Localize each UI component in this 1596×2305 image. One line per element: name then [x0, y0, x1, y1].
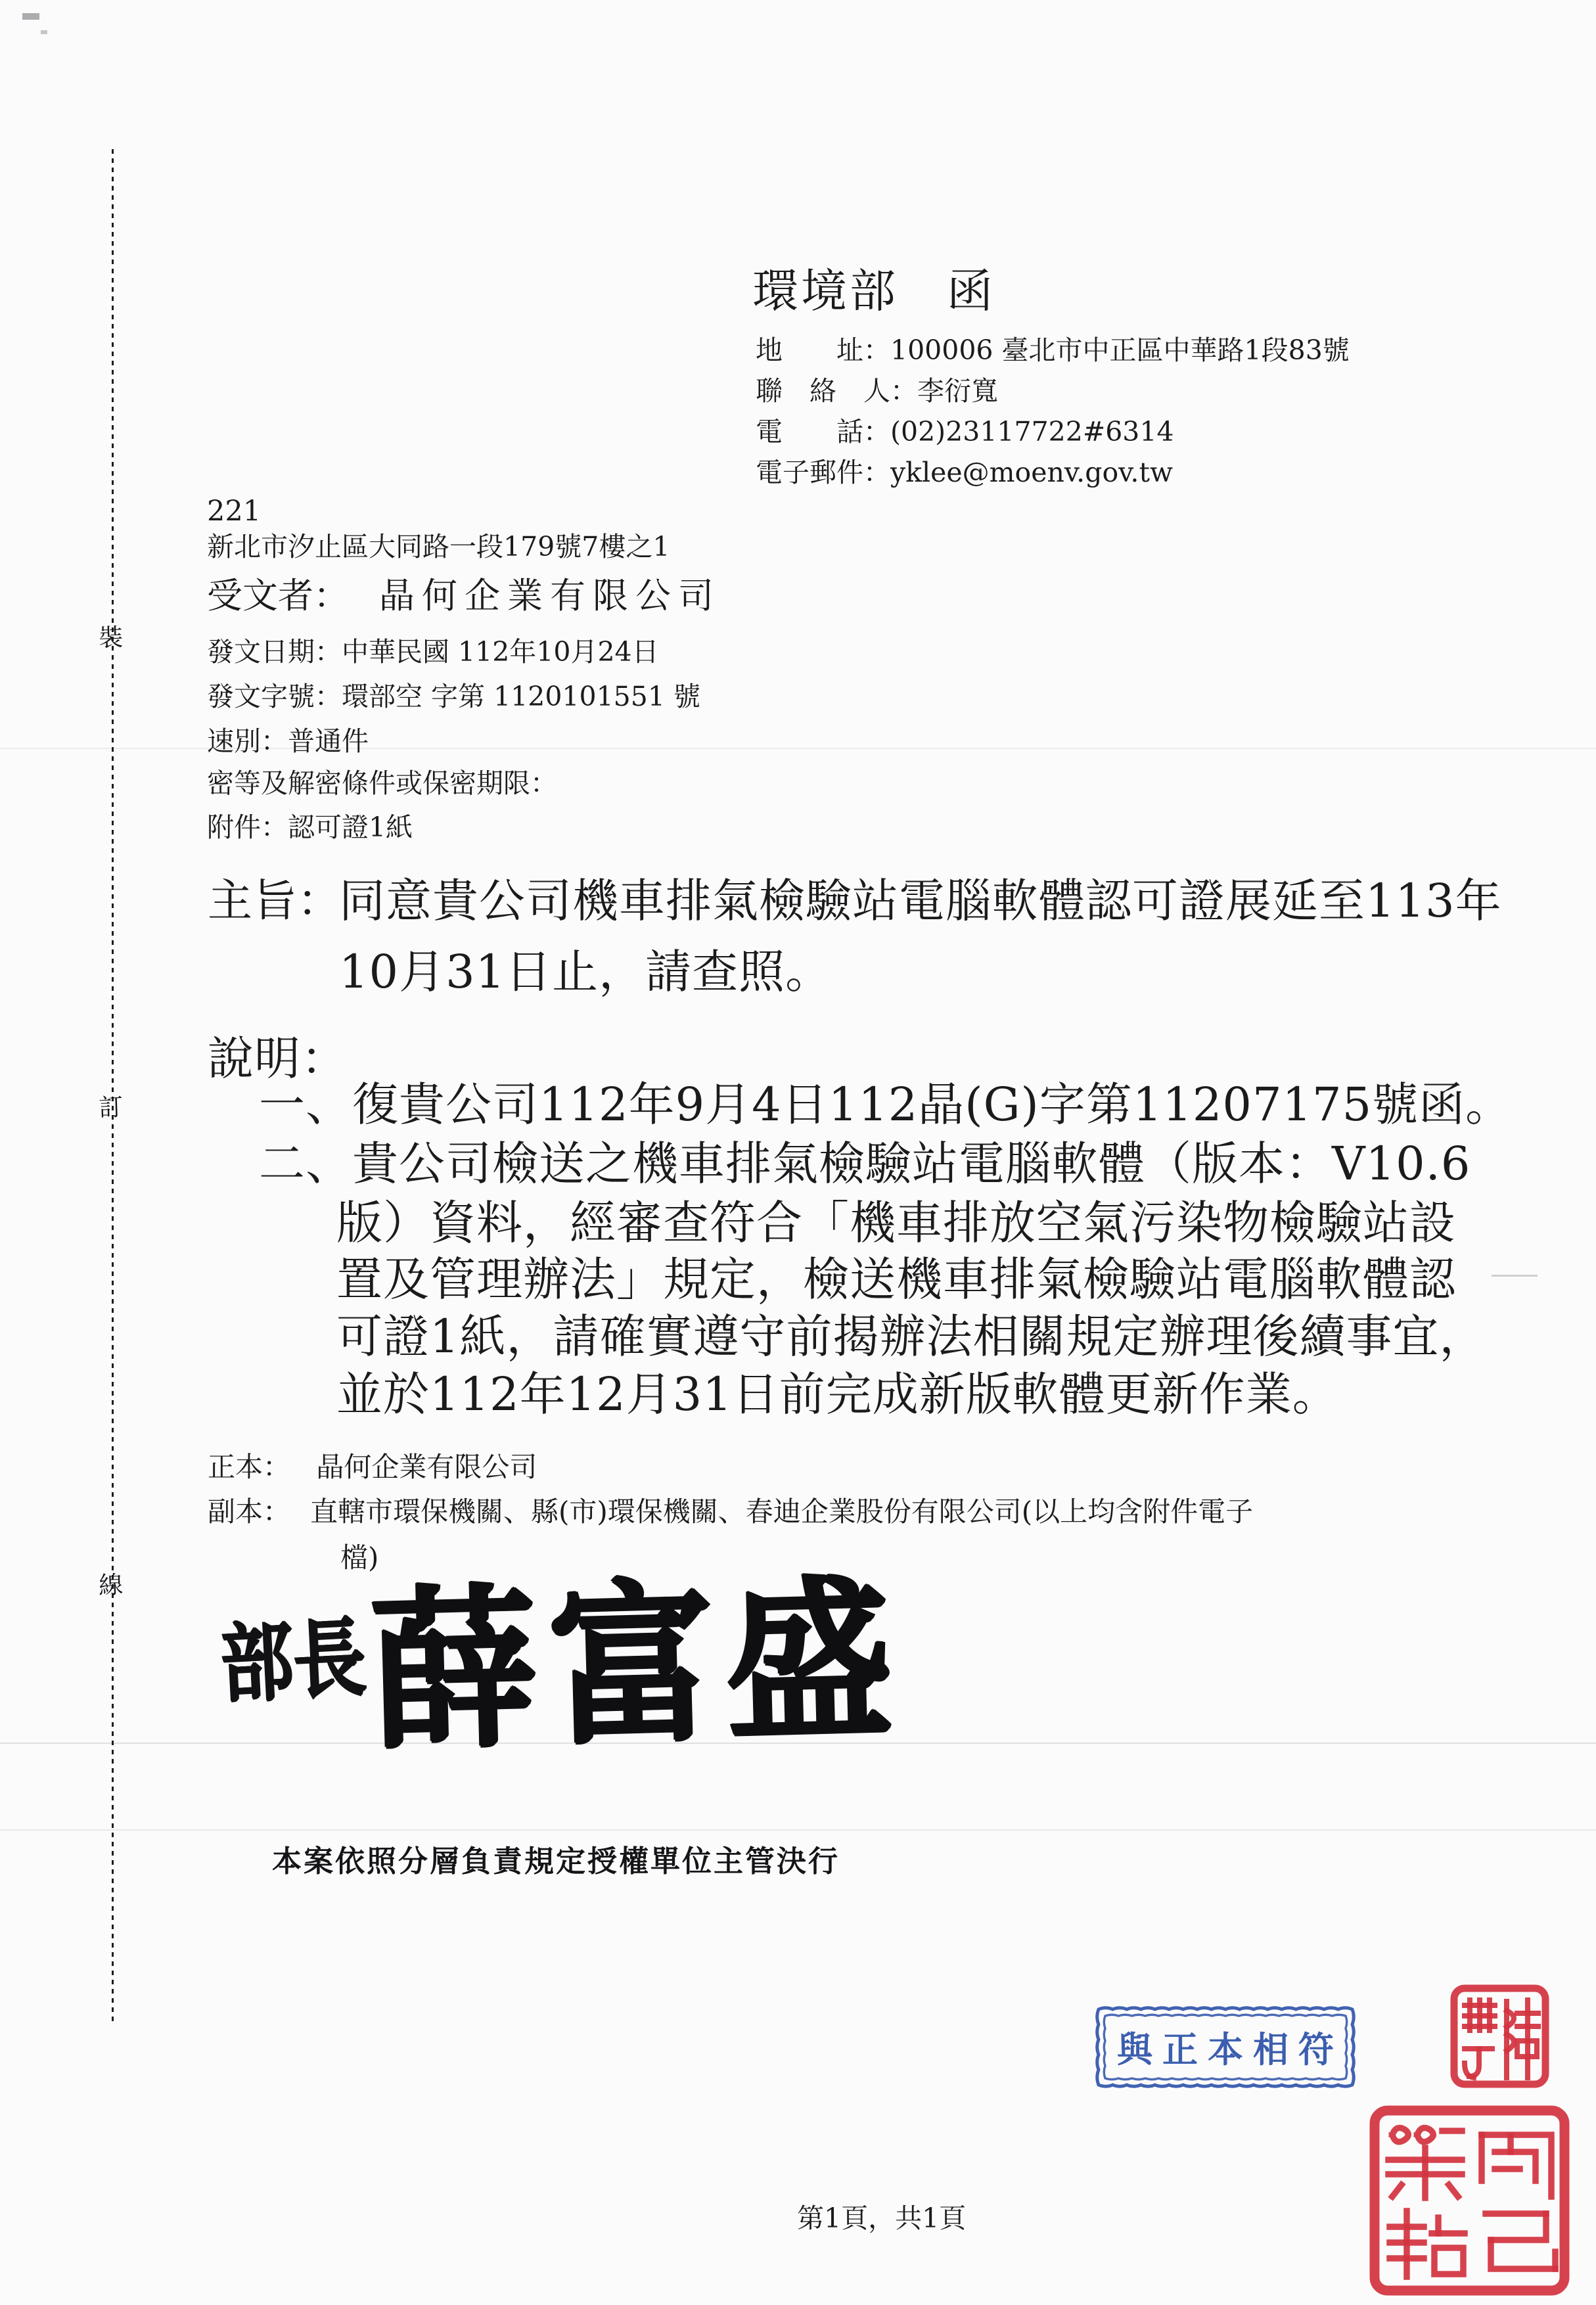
subject-line: 同意貴公司機車排氣檢驗站電腦軟體認可證展延至113年 [339, 878, 1502, 924]
attachment-label: 附件： [207, 811, 288, 843]
subject-line: 10月31日止，請查照。 [339, 949, 832, 995]
red-name-seal-icon [1449, 1983, 1551, 2089]
scanned-official-letter: 裝 訂 線 環境部 函 地 址：100006 臺北市中正區中華路1段83號 聯 … [0, 0, 1596, 2305]
certified-copy-stamp: 與正本相符 [1092, 2003, 1359, 2091]
agency-phone-row: 電 話：(02)23117722#6314 [756, 419, 1174, 445]
email-label: 電子郵件： [756, 459, 890, 486]
scan-dash [1492, 1275, 1538, 1277]
scan-speck [22, 13, 39, 20]
agency-title: 環境部 函 [752, 268, 995, 314]
explanation-item-2-line: 貴公司檢送之機車排氣檢驗站電腦軟體（版本：V10.6 [352, 1141, 1471, 1187]
explanation-item-2-line: 可證1紙，請確實遵守前揭辦法相關規定辦理後續事宜， [336, 1313, 1486, 1359]
original-copy-value: 晶何企業有限公司 [316, 1451, 537, 1483]
recipient-street-address: 新北市汐止區大同路一段179號7樓之1 [207, 534, 670, 560]
issue-date-label: 發文日期： [207, 636, 342, 668]
phone-label: 電 話： [756, 419, 890, 445]
agency-email-row: 電子郵件：yklee@moenv.gov.tw [756, 459, 1173, 486]
original-copy-row: 正本： 晶何企業有限公司 [208, 1453, 537, 1481]
scan-speck [41, 30, 47, 34]
agency-contact-row: 聯 絡 人：李衍寬 [756, 378, 998, 405]
priority-row: 速別：普通件 [207, 728, 369, 755]
explanation-item-2-marker: 二、 [259, 1141, 352, 1187]
explanation-item-1-line: 復貴公司112年9月4日112晶(G)字第11207175號函。 [352, 1082, 1512, 1128]
minister-signature-calligraphy: 薛富盛 [369, 1572, 906, 1758]
agency-address-row: 地 址：100006 臺北市中正區中華路1段83號 [756, 337, 1350, 364]
address-label: 地 址： [756, 337, 890, 364]
classification-label: 密等及解密條件或保密期限： [207, 767, 557, 799]
attachment-row: 附件：認可證1紙 [207, 814, 413, 841]
priority-label: 速別： [207, 725, 288, 757]
subject-label: 主旨： [208, 879, 342, 924]
contact-value: 李衍寬 [917, 375, 998, 407]
scan-line [0, 1829, 1596, 1831]
cc-line: 直轄市環保機關、縣(市)環保機關、春迪企業股份有限公司(以上均含附件電子 [310, 1498, 1253, 1526]
doc-number-label: 發文字號： [207, 681, 342, 712]
issue-date-value: 中華民國 112年10月24日 [342, 636, 659, 668]
certified-stamp-text: 與正本相符 [1107, 2022, 1344, 2072]
explanation-item-1-marker: 一、 [259, 1082, 352, 1128]
doc-number-value: 環部空 字第 1120101551 號 [342, 681, 700, 712]
doc-number-row: 發文字號：環部空 字第 1120101551 號 [207, 683, 700, 710]
recipient-name: 晶何企業有限公司 [379, 575, 721, 616]
recipient-row: 受文者：晶何企業有限公司 [207, 578, 721, 614]
classification-row: 密等及解密條件或保密期限： [207, 770, 557, 797]
attachment-value: 認可證1紙 [288, 811, 413, 843]
binding-mark-xian: 線 [98, 1564, 124, 1601]
cc-line: 檔) [340, 1544, 378, 1572]
recipient-zip: 221 [207, 497, 261, 526]
explanation-item-2-line: 置及管理辦法」規定，檢送機車排氣檢驗站電腦軟體認 [336, 1256, 1456, 1302]
address-value: 100006 臺北市中正區中華路1段83號 [890, 334, 1350, 366]
red-station-seal-icon [1369, 2105, 1570, 2296]
delegation-note: 本案依照分層負責規定授權單位主管決行 [272, 1846, 840, 1876]
explanation-heading: 說明： [208, 1036, 348, 1082]
contact-label: 聯 絡 人： [756, 378, 917, 405]
cc-label: 副本： [208, 1498, 290, 1526]
email-value: yklee@moenv.gov.tw [890, 457, 1173, 488]
issue-date-row: 發文日期：中華民國 112年10月24日 [207, 639, 659, 666]
binding-dashed-line [112, 149, 114, 2024]
recipient-label: 受文者： [207, 575, 349, 616]
explanation-item-2-line: 版）資料，經審查符合「機車排放空氣污染物檢驗站設 [336, 1200, 1456, 1246]
phone-value: (02)23117722#6314 [890, 416, 1174, 447]
explanation-item-2-line: 並於112年12月31日前完成新版軟體更新作業。 [336, 1371, 1339, 1417]
priority-value: 普通件 [288, 725, 369, 757]
binding-mark-ding: 訂 [98, 1087, 124, 1123]
binding-mark-zhuang: 裝 [98, 617, 124, 653]
minister-title-calligraphy: 部長 [219, 1614, 368, 1707]
page-number: 第1頁，共1頁 [797, 2205, 966, 2232]
original-copy-label: 正本： [208, 1451, 290, 1483]
